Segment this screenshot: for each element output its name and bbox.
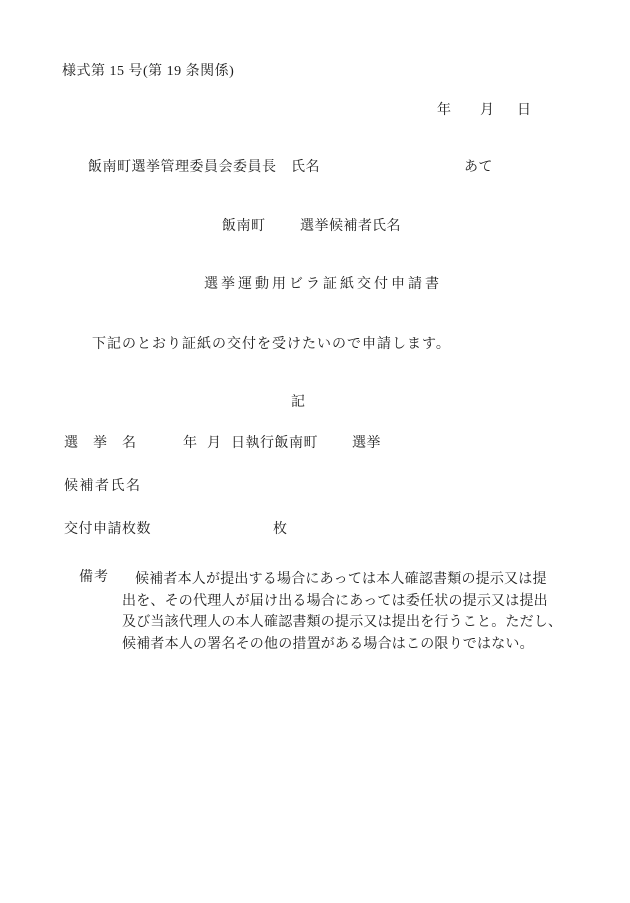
sheets-field-label: 交付申請枚数 (64, 521, 151, 539)
document-title: 選挙運動用ビラ証紙交付申請書 (204, 276, 442, 294)
election-month-label: 月 (207, 435, 222, 453)
election-year-label: 年 (183, 435, 198, 453)
date-month-label: 月 (480, 102, 495, 120)
date-day-label: 日 (517, 102, 532, 120)
ki-marker: 記 (291, 394, 306, 412)
date-year-label: 年 (437, 102, 452, 120)
addressee-line: 飯南町選挙管理委員会委員長 氏名 (88, 159, 320, 177)
election-suffix-label: 選挙 (352, 435, 381, 453)
remarks-line: 候補者本人が提出する場合にあっては本人確認書類の提示又は提 (122, 569, 562, 591)
remarks-line: 候補者本人の署名その他の措置がある場合はこの限りではない。 (122, 634, 562, 656)
candidate-town-label: 飯南町 (222, 218, 266, 236)
candidate-name-field-label: 候補者氏名 (64, 478, 142, 496)
remarks-label: 備考 (79, 569, 109, 587)
remarks-line: 出を、その代理人が届け出る場合にあっては委任状の提示又は提出 (122, 591, 562, 613)
sheets-unit-label: 枚 (273, 521, 288, 539)
form-number: 様式第 15 号(第 19 条関係) (62, 63, 234, 81)
candidate-role-label: 選挙候補者 (300, 218, 373, 236)
remarks-text: 候補者本人が提出する場合にあっては本人確認書類の提示又は提 出を、その代理人が届… (122, 569, 562, 655)
candidate-name-label: 氏名 (372, 218, 401, 236)
remarks-line: 及び当該代理人の本人確認書類の提示又は提出を行うこと。ただし、 (122, 612, 562, 634)
application-statement: 下記のとおり証紙の交付を受けたいので申請します。 (92, 336, 451, 354)
election-exec-label: 日執行飯南町 (231, 435, 318, 453)
election-name-label: 選 挙 名 (64, 435, 137, 453)
form-page: 様式第 15 号(第 19 条関係) 年 月 日 飯南町選挙管理委員会委員長 氏… (0, 0, 630, 903)
addressee-suffix: あて (464, 159, 493, 177)
